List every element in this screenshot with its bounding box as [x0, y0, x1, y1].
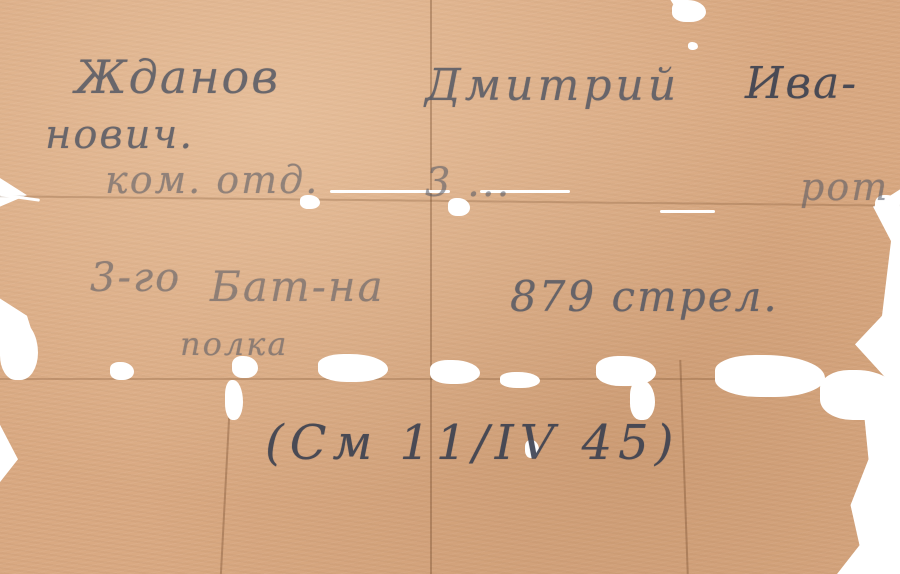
handwritten-regiment: полка: [180, 325, 288, 363]
tear-hole: [500, 372, 540, 388]
handwritten-unit-fragment: 3 ...: [425, 160, 511, 206]
tear-hole: [630, 380, 655, 420]
tear-gap: [660, 210, 715, 213]
handwritten-company: рот: [800, 165, 889, 209]
handwritten-battalion: Бат-на: [210, 262, 385, 311]
handwritten-first-name: Дмитрий: [425, 60, 680, 111]
handwritten-date-note: (См 11/IV 45): [265, 415, 679, 471]
tear-hole: [225, 380, 243, 420]
tear-hole: [672, 0, 706, 22]
tear-hole: [318, 354, 388, 382]
handwritten-surname: Жданов: [75, 50, 280, 104]
tear-hole: [688, 42, 698, 50]
handwritten-regiment-number: 879 стрел.: [510, 272, 779, 321]
tear-hole: [820, 370, 900, 420]
handwritten-patronymic-part2: нович.: [45, 112, 194, 158]
tear-hole: [715, 355, 825, 397]
tear-hole: [430, 360, 480, 384]
tear-hole: [110, 362, 134, 380]
handwritten-patronymic-part1: Ива-: [745, 58, 858, 109]
handwritten-battalion-number: 3-го: [90, 255, 181, 301]
handwritten-position: ком. отд.: [105, 158, 319, 202]
